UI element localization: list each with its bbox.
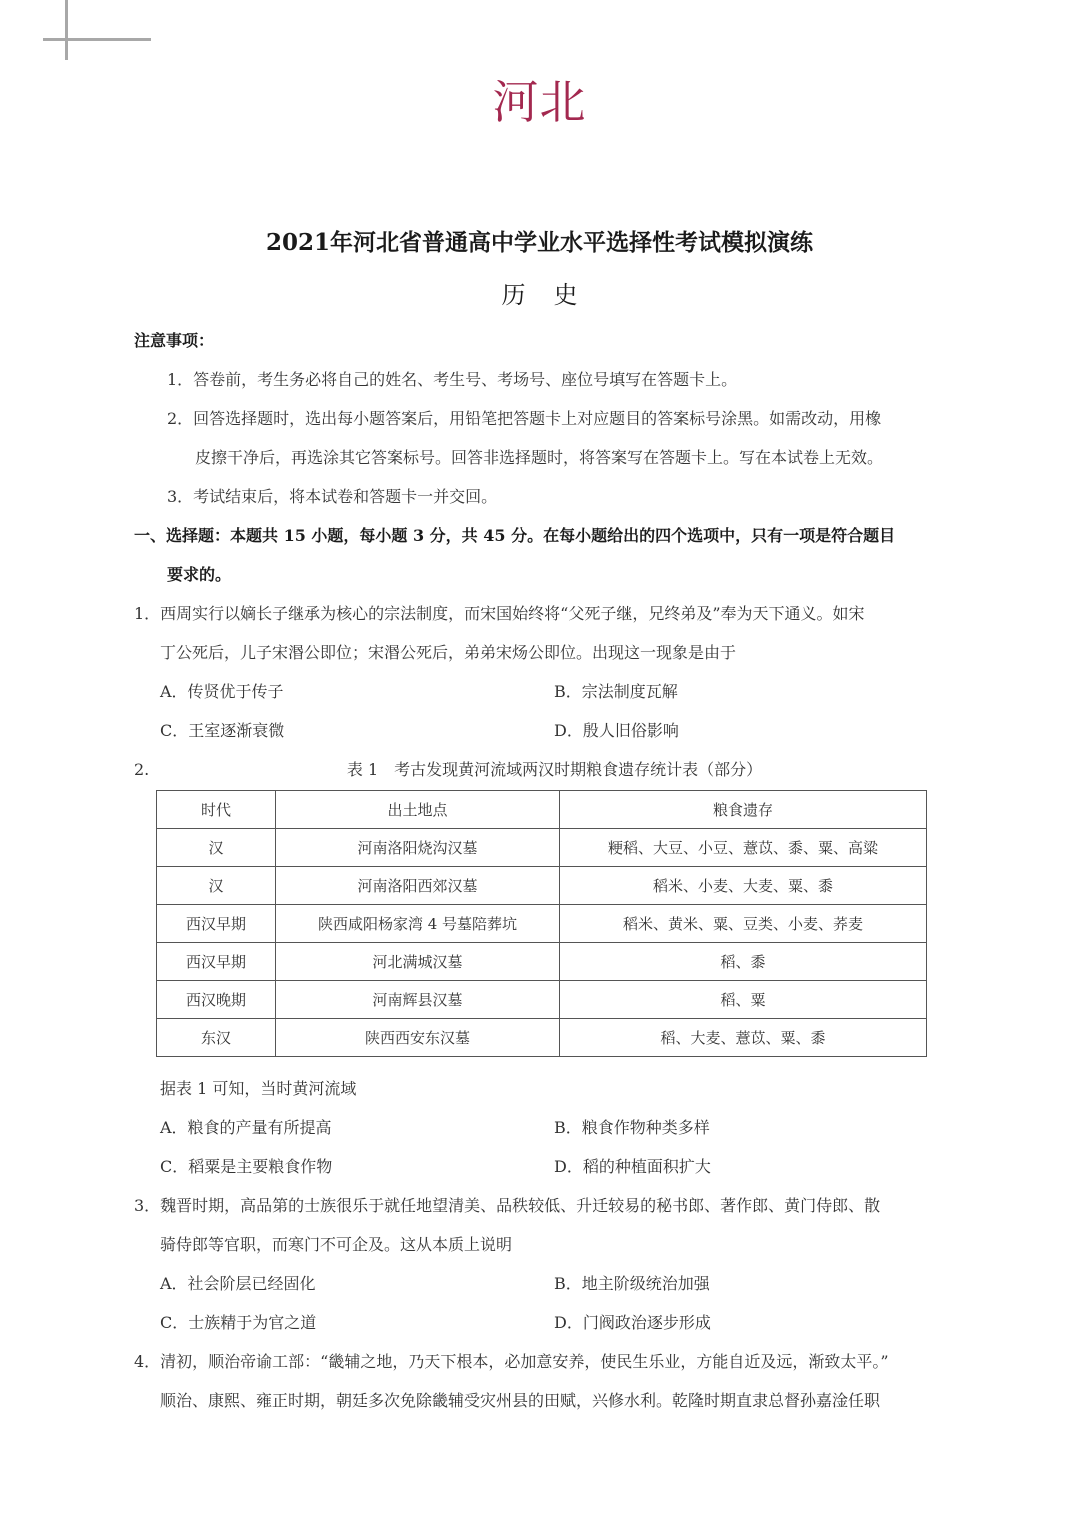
notice-item-1: 1．答卷前，考生务必将自己的姓名、考生号、考场号、座位号填写在答题卡上。 xyxy=(167,368,737,392)
table-row: 西汉晚期 河南辉县汉墓 稻、粟 xyxy=(157,981,927,1019)
table-caption: 表 1 考古发现黄河流域两汉时期粮食遗存统计表（部分） xyxy=(0,758,1079,782)
table-row: 西汉早期 陕西咸阳杨家湾 4 号墓陪葬坑 稻米、黄米、粟、豆类、小麦、荞麦 xyxy=(157,905,927,943)
notice-item-3: 3．考试结束后，将本试卷和答题卡一并交回。 xyxy=(167,485,497,509)
region-label: 河北 xyxy=(0,72,1079,132)
q3-option-c: C．士族精于为官之道 xyxy=(160,1311,316,1335)
cell-era: 西汉早期 xyxy=(157,905,276,943)
notice-item-2: 2．回答选择题时，选出每小题答案后，用铅笔把答题卡上对应题目的答案标号涂黑。如需… xyxy=(167,407,881,431)
cell-site: 河南洛阳烧沟汉墓 xyxy=(276,829,560,867)
cell-site: 陕西西安东汉墓 xyxy=(276,1019,560,1057)
q3-stem: 3．魏晋时期，高品第的士族很乐于就任地望清美、品秩较低、升迁较易的秘书郎、著作郎… xyxy=(134,1194,880,1218)
q2-option-d: D．稻的种植面积扩大 xyxy=(554,1155,711,1179)
cell-grains: 稻、大麦、薏苡、粟、黍 xyxy=(560,1019,927,1057)
q3-stem-cont: 骑侍郎等官职，而寒门不可企及。这从本质上说明 xyxy=(160,1233,512,1257)
q1-option-c: C．王室逐渐衰微 xyxy=(160,719,284,743)
cell-site: 陕西咸阳杨家湾 4 号墓陪葬坑 xyxy=(276,905,560,943)
cell-era: 汉 xyxy=(157,829,276,867)
q4-stem: 4．清初，顺治帝谕工部：“畿辅之地，乃天下根本，必加意安养，使民生乐业，方能自近… xyxy=(134,1350,889,1374)
header-site: 出土地点 xyxy=(276,791,560,829)
header-grains: 粮食遗存 xyxy=(560,791,927,829)
q3-option-d: D．门阀政治逐步形成 xyxy=(554,1311,711,1335)
exam-title: 2021年河北省普通高中学业水平选择性考试模拟演练 xyxy=(0,225,1079,261)
q2-stem: 据表 1 可知，当时黄河流域 xyxy=(160,1077,356,1101)
q1-stem-cont: 丁公死后，儿子宋湣公即位；宋湣公死后，弟弟宋炀公即位。出现这一现象是由于 xyxy=(160,641,736,665)
notice-item-2-cont: 皮擦干净后，再选涂其它答案标号。回答非选择题时，将答案写在答题卡上。写在本试卷上… xyxy=(195,446,883,470)
cell-site: 河北满城汉墓 xyxy=(276,943,560,981)
notice-heading: 注意事项： xyxy=(134,329,214,353)
crop-mark-vertical xyxy=(65,0,68,60)
cell-era: 东汉 xyxy=(157,1019,276,1057)
q2-option-b: B．粮食作物种类多样 xyxy=(554,1116,710,1140)
cell-grains: 稻米、黄米、粟、豆类、小麦、荞麦 xyxy=(560,905,927,943)
subject-title: 历史 xyxy=(0,277,1079,313)
cell-grains: 稻、黍 xyxy=(560,943,927,981)
section-instructions-cont: 要求的。 xyxy=(167,563,231,587)
q3-option-a: A．社会阶层已经固化 xyxy=(160,1272,316,1296)
q1-option-d: D．殷人旧俗影响 xyxy=(554,719,679,743)
cell-era: 西汉晚期 xyxy=(157,981,276,1019)
cell-site: 河南洛阳西郊汉墓 xyxy=(276,867,560,905)
cell-grains: 稻米、小麦、大麦、粟、黍 xyxy=(560,867,927,905)
table-header-row: 时代 出土地点 粮食遗存 xyxy=(157,791,927,829)
q3-option-b: B．地主阶级统治加强 xyxy=(554,1272,710,1296)
cell-site: 河南辉县汉墓 xyxy=(276,981,560,1019)
cell-era: 西汉早期 xyxy=(157,943,276,981)
q4-stem-cont: 顺治、康熙、雍正时期，朝廷多次免除畿辅受灾州县的田赋，兴修水利。乾隆时期直隶总督… xyxy=(160,1389,880,1413)
section-instructions: 一、选择题：本题共 15 小题，每小题 3 分，共 45 分。在每小题给出的四个… xyxy=(134,524,895,548)
q2-option-c: C．稻粟是主要粮食作物 xyxy=(160,1155,332,1179)
q1-stem: 1．西周实行以嫡长子继承为核心的宗法制度，而宋国始终将“父死子继，兄终弟及”奉为… xyxy=(134,602,865,626)
q1-option-b: B．宗法制度瓦解 xyxy=(554,680,678,704)
table-row: 汉 河南洛阳西郊汉墓 稻米、小麦、大麦、粟、黍 xyxy=(157,867,927,905)
header-era: 时代 xyxy=(157,791,276,829)
table-row: 汉 河南洛阳烧沟汉墓 粳稻、大豆、小豆、薏苡、黍、粟、高粱 xyxy=(157,829,927,867)
crop-mark-horizontal xyxy=(43,38,151,41)
q1-option-a: A．传贤优于传子 xyxy=(160,680,284,704)
q2-option-a: A．粮食的产量有所提高 xyxy=(160,1116,332,1140)
cell-era: 汉 xyxy=(157,867,276,905)
grain-remains-table: 时代 出土地点 粮食遗存 汉 河南洛阳烧沟汉墓 粳稻、大豆、小豆、薏苡、黍、粟、… xyxy=(156,790,927,1057)
table-row: 西汉早期 河北满城汉墓 稻、黍 xyxy=(157,943,927,981)
table-row: 东汉 陕西西安东汉墓 稻、大麦、薏苡、粟、黍 xyxy=(157,1019,927,1057)
cell-grains: 稻、粟 xyxy=(560,981,927,1019)
cell-grains: 粳稻、大豆、小豆、薏苡、黍、粟、高粱 xyxy=(560,829,927,867)
